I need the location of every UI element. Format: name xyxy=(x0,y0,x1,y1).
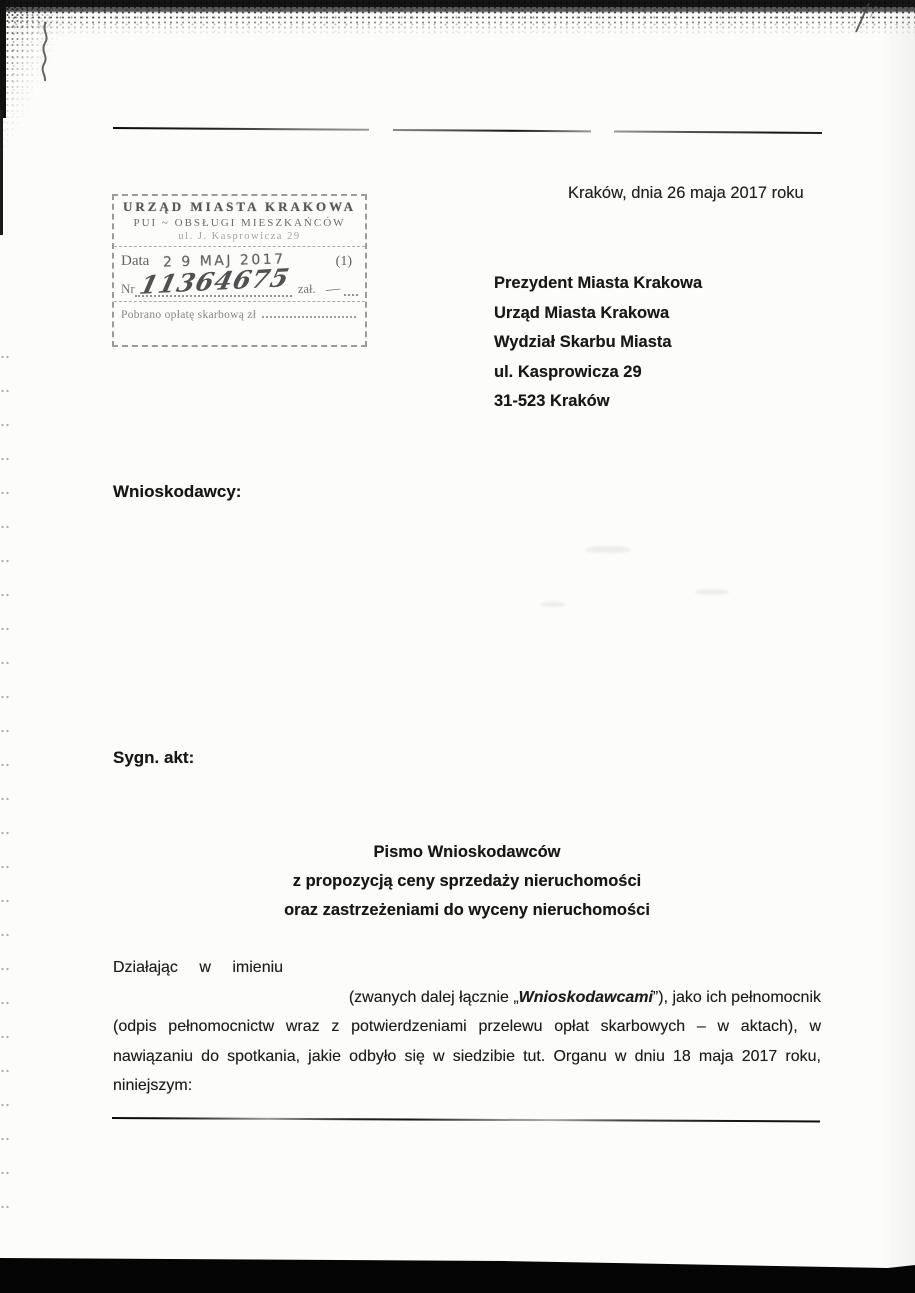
redaction-line xyxy=(614,130,822,133)
stamp-date-label: Data xyxy=(121,253,149,270)
body-line-4: nawiązaniu do spotkania, jakie odbyło si… xyxy=(113,1042,821,1072)
body-line-2: (zwanych dalej łącznie „Wnioskodawcami”)… xyxy=(113,983,821,1013)
stamp-office-unit: PUI ~ OBSŁUGI MIESZKAŃCÓW xyxy=(121,217,358,229)
stamp-divider xyxy=(114,246,365,247)
redaction-line xyxy=(113,127,369,131)
recipient-line: ul. Kasprowicza 29 xyxy=(494,358,702,388)
scan-black-band-bottom xyxy=(0,1252,915,1293)
document-title: Pismo Wnioskodawców z propozycją ceny sp… xyxy=(113,838,821,925)
body-line-5: niniejszym: xyxy=(113,1071,821,1101)
scan-noise-left xyxy=(0,6,70,346)
stamp-fee-row: Pobrano opłatę skarbową zł xyxy=(121,309,358,321)
stamp-office-address: ul. J. Kasprowicza 29 xyxy=(121,231,358,242)
body-line-3: (odpis pełnomocnictw wraz z potwierdzeni… xyxy=(113,1012,821,1042)
body-line-2-defined-term: Wnioskodawcami xyxy=(519,989,653,1006)
redaction-line xyxy=(393,129,591,132)
scan-smudge xyxy=(585,546,631,553)
case-reference-label: Sygn. akt: xyxy=(113,748,194,768)
footer-rule-line xyxy=(112,1117,820,1122)
office-registry-stamp: URZĄD MIASTA KRAKOWA PUI ~ OBSŁUGI MIESZ… xyxy=(112,194,367,347)
scan-specks-left xyxy=(0,340,10,1220)
stamp-attachments-label: zał. xyxy=(298,282,316,297)
place-date-line: Kraków, dnia 26 maja 2017 roku xyxy=(568,184,804,203)
stamp-number-handwritten: 11364675 xyxy=(137,268,291,296)
recipient-address-block: Prezydent Miasta Krakowa Urząd Miasta Kr… xyxy=(494,269,702,417)
stamp-divider xyxy=(114,301,365,302)
recipient-line: 31-523 Kraków xyxy=(494,387,702,417)
scan-edge-bar-thin xyxy=(0,110,3,235)
stamp-fee-label: Pobrano opłatę skarbową zł xyxy=(121,309,256,321)
scan-noise-top xyxy=(0,0,915,38)
stamp-office-name: URZĄD MIASTA KRAKOWA xyxy=(121,199,358,215)
scan-smudge xyxy=(695,589,729,595)
body-line-1: Działając w imieniu xyxy=(113,953,821,983)
recipient-line: Prezydent Miasta Krakowa xyxy=(494,269,702,299)
scan-shade-right xyxy=(879,0,915,1293)
scan-smudge xyxy=(540,602,566,607)
scanned-letter-page: URZĄD MIASTA KRAKOWA PUI ~ OBSŁUGI MIESZ… xyxy=(0,0,915,1293)
stamp-dotted-filler xyxy=(344,294,358,296)
stamp-dotted-filler xyxy=(262,316,356,318)
document-title-line3: oraz zastrzeżeniami do wyceny nieruchomo… xyxy=(113,896,821,925)
recipient-line: Wydział Skarbu Miasta xyxy=(494,328,702,358)
applicants-label: Wnioskodawcy: xyxy=(113,482,241,502)
scan-edge-bar xyxy=(0,0,6,118)
stamp-number-label: Nr xyxy=(121,281,135,297)
redacted-header-rules xyxy=(113,127,822,135)
stamp-number-row: Nr 11364675 zał. — xyxy=(121,272,358,297)
stamp-number-underline: 11364675 xyxy=(135,272,292,297)
recipient-line: Urząd Miasta Krakowa xyxy=(494,299,702,329)
body-line-2-prefix: (zwanych dalej łącznie „ xyxy=(349,989,519,1006)
stamp-copy-mark: (1) xyxy=(336,254,358,270)
document-title-line1: Pismo Wnioskodawców xyxy=(113,838,821,867)
document-title-line2: z propozycją ceny sprzedaży nieruchomośc… xyxy=(113,867,821,896)
body-line-2-suffix: ”), jako ich pełnomocnik xyxy=(653,989,821,1006)
body-paragraph: Działając w imieniu (zwanych dalej łączn… xyxy=(113,953,821,1101)
stamp-attachments-value: — xyxy=(323,281,342,298)
